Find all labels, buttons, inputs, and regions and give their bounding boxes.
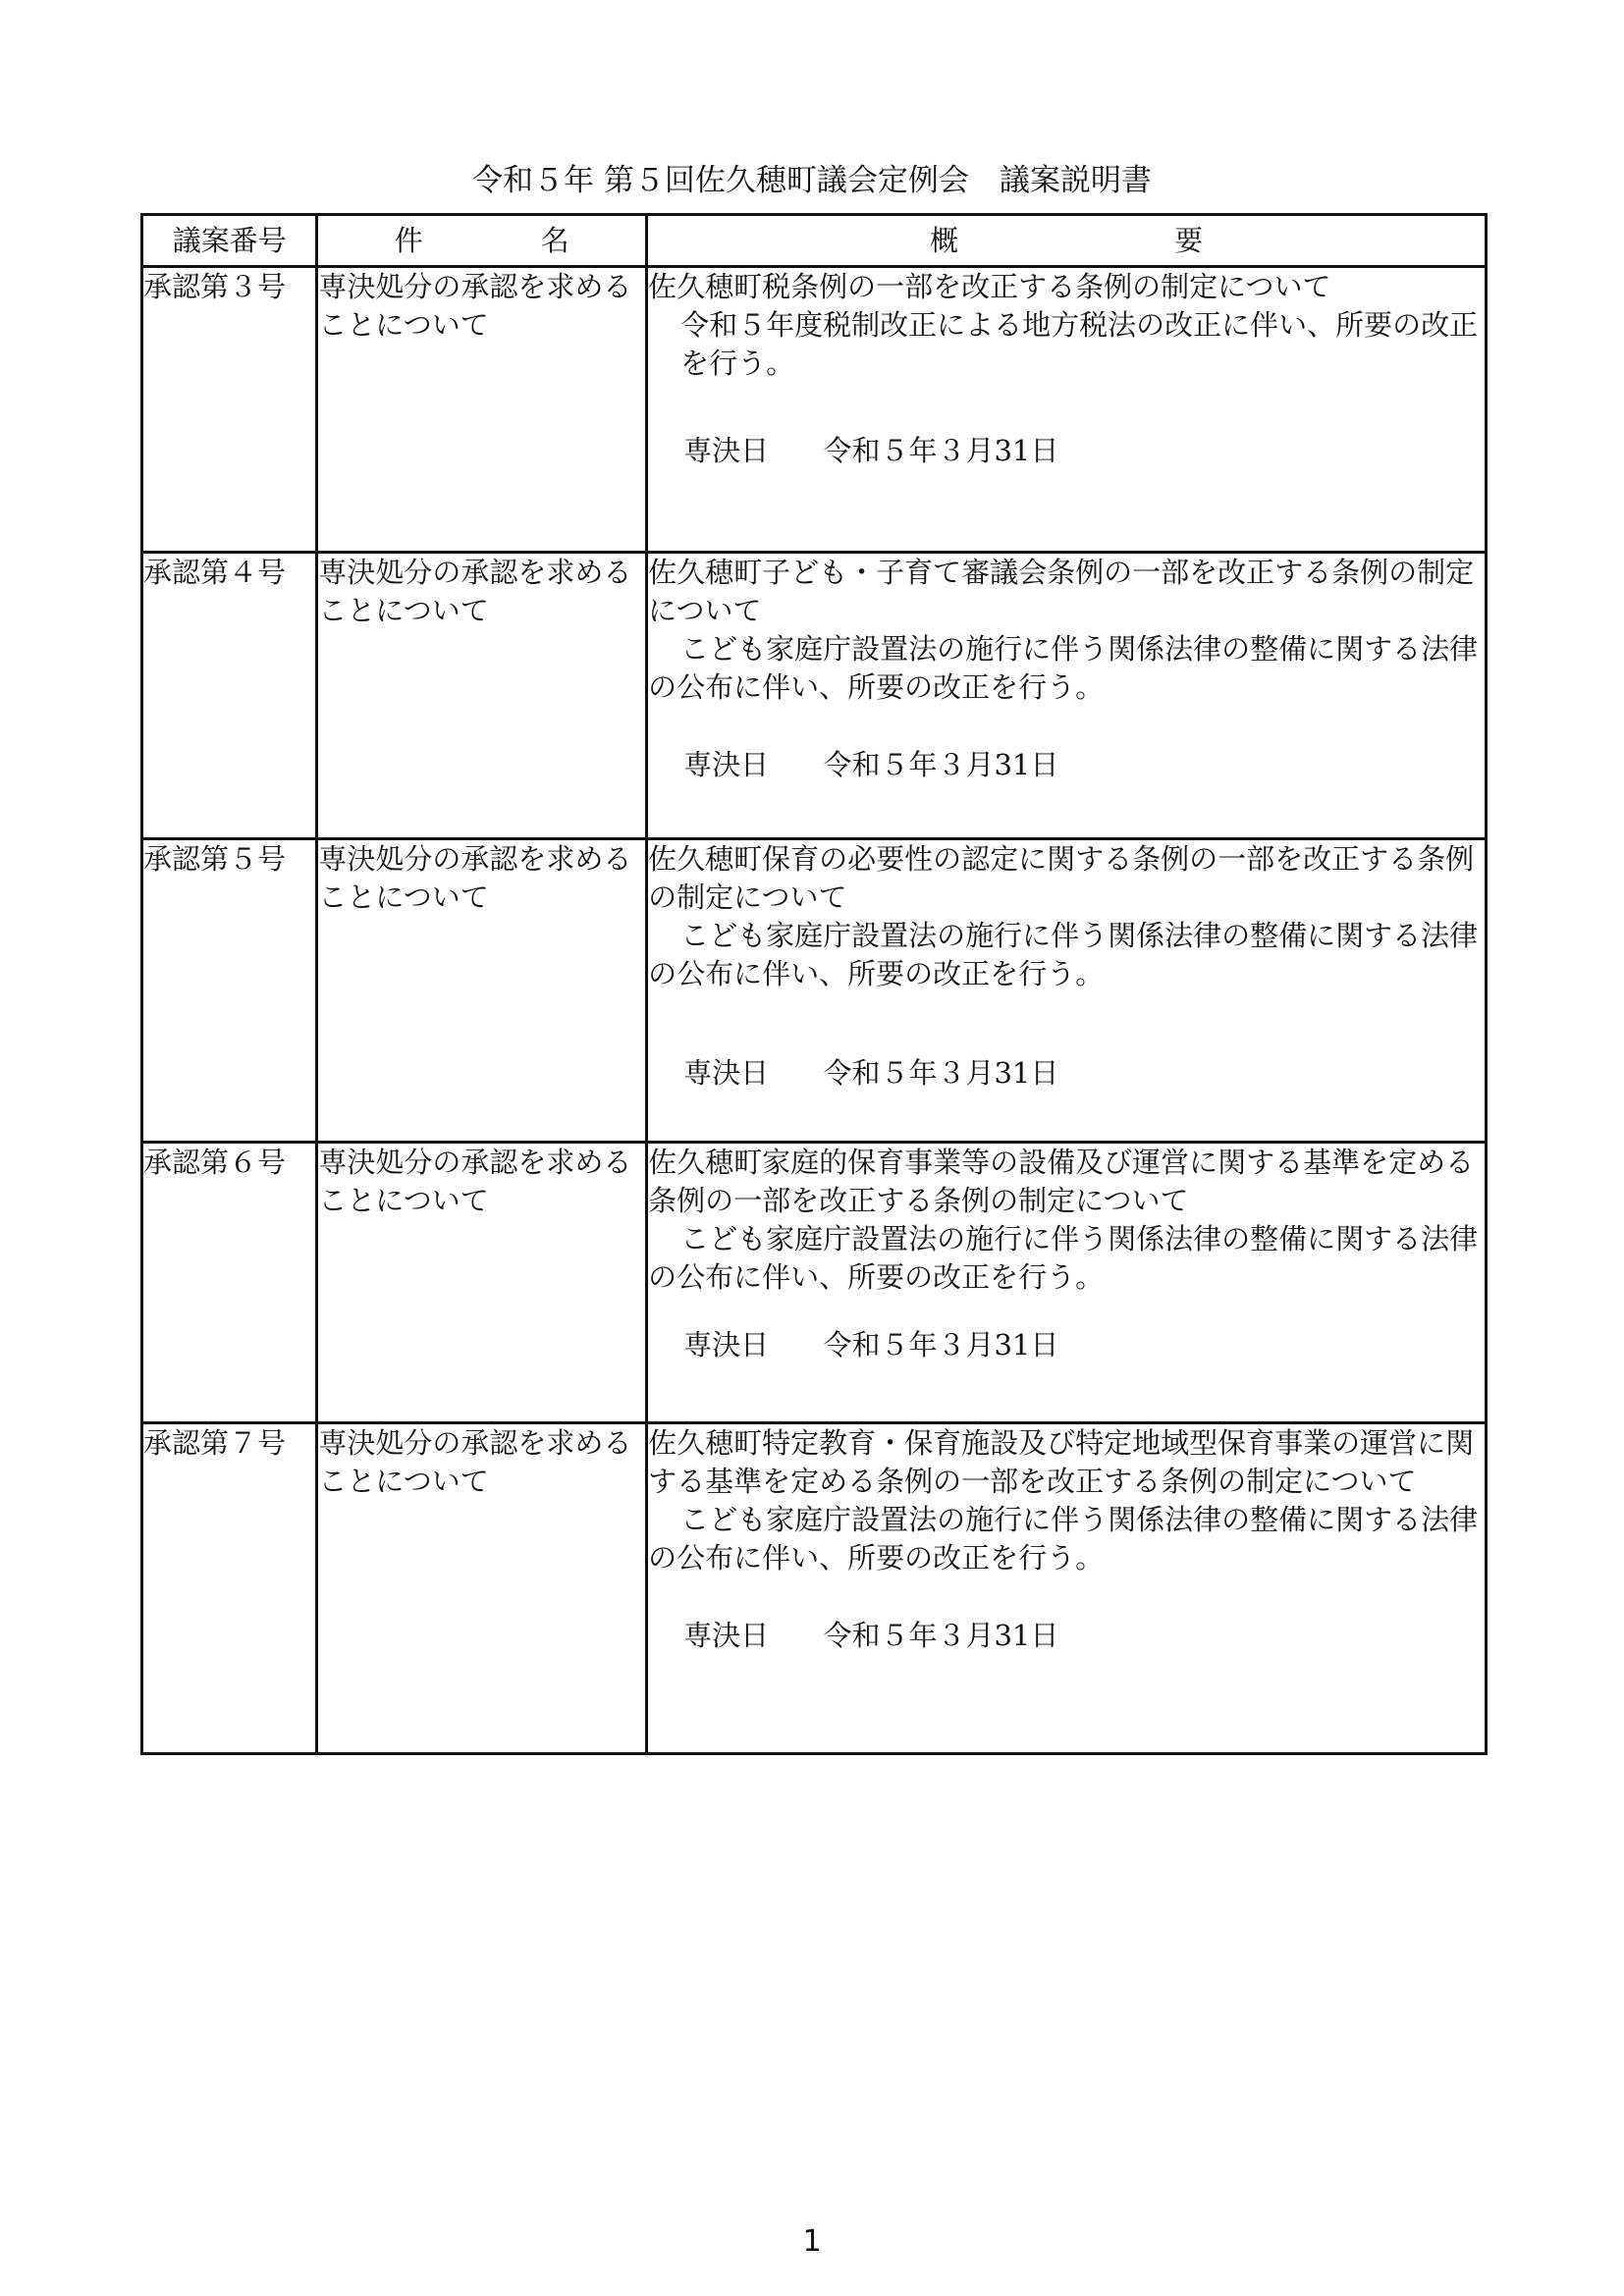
summary-title: 佐久穂町税条例の一部を改正する条例の制定について (648, 268, 1485, 306)
decision-date: 令和５年３月31日 (823, 1619, 1058, 1652)
agenda-table: 議案番号 件 名 概 要 承認第３号 専決処分の承認を求めることについて 佐久穂… (140, 213, 1488, 1755)
table-row: 承認第５号 専決処分の承認を求めることについて 佐久穂町保育の必要性の認定に関す… (142, 839, 1487, 1143)
bill-summary: 佐久穂町保育の必要性の認定に関する条例の一部を改正する条例の制定について こども… (647, 839, 1487, 1143)
decision-date: 令和５年３月31日 (823, 748, 1058, 781)
summary-title: 佐久穂町特定教育・保育施設及び特定地域型保育事業の運営に関する基準を定める条例の… (648, 1424, 1485, 1501)
bill-number: 承認第６号 (142, 1143, 317, 1423)
decision-label: 専決日 (683, 1328, 769, 1362)
bill-subject: 専決処分の承認を求めることについて (317, 267, 647, 553)
decision-date-line: 専決日 令和５年３月31日 (648, 746, 1485, 784)
header-summary-char-1: 概 (930, 222, 958, 260)
header-bill-number: 議案番号 (142, 215, 317, 267)
header-bill-number-label: 議案番号 (173, 224, 287, 257)
decision-date-line: 専決日 令和５年３月31日 (648, 1617, 1485, 1655)
header-subject-char-2: 名 (541, 222, 569, 260)
decision-date: 令和５年３月31日 (823, 434, 1058, 467)
bill-summary: 佐久穂町子ども・子育て審議会条例の一部を改正する条例の制定について こども家庭庁… (647, 553, 1487, 839)
bill-number: 承認第７号 (142, 1423, 317, 1754)
header-summary: 概 要 (647, 215, 1487, 267)
bill-subject: 専決処分の承認を求めることについて (317, 1143, 647, 1423)
bill-number: 承認第５号 (142, 839, 317, 1143)
bill-subject: 専決処分の承認を求めることについて (317, 553, 647, 839)
decision-date-line: 専決日 令和５年３月31日 (648, 1054, 1485, 1093)
decision-date-line: 専決日 令和５年３月31日 (648, 432, 1485, 470)
decision-date-line: 専決日 令和５年３月31日 (648, 1326, 1485, 1364)
summary-body: こども家庭庁設置法の施行に伴う関係法律の整備に関する法律の公布に伴い、所要の改正… (648, 917, 1485, 993)
summary-body-text: 令和５年度税制改正による地方税法の改正に伴い、所要の改正を行う。 (680, 308, 1478, 380)
header-summary-char-2: 要 (1174, 222, 1203, 260)
bill-number: 承認第４号 (142, 553, 317, 839)
header-subject: 件 名 (317, 215, 647, 267)
decision-date: 令和５年３月31日 (823, 1056, 1058, 1090)
table-row: 承認第７号 専決処分の承認を求めることについて 佐久穂町特定教育・保育施設及び特… (142, 1423, 1487, 1754)
bill-subject: 専決処分の承認を求めることについて (317, 839, 647, 1143)
bill-summary: 佐久穂町税条例の一部を改正する条例の制定について 令和５年度税制改正による地方税… (647, 267, 1487, 553)
table-row: 承認第３号 専決処分の承認を求めることについて 佐久穂町税条例の一部を改正する条… (142, 267, 1487, 553)
table-row: 承認第６号 専決処分の承認を求めることについて 佐久穂町家庭的保育事業等の設備及… (142, 1143, 1487, 1423)
summary-title: 佐久穂町家庭的保育事業等の設備及び運営に関する基準を定める条例の一部を改正する条… (648, 1144, 1485, 1220)
summary-body: 令和５年度税制改正による地方税法の改正に伴い、所要の改正を行う。 (648, 306, 1485, 383)
decision-label: 専決日 (683, 434, 769, 467)
decision-label: 専決日 (683, 748, 769, 781)
summary-title: 佐久穂町保育の必要性の認定に関する条例の一部を改正する条例の制定について (648, 840, 1485, 917)
bill-summary: 佐久穂町家庭的保育事業等の設備及び運営に関する基準を定める条例の一部を改正する条… (647, 1143, 1487, 1423)
summary-body: こども家庭庁設置法の施行に伴う関係法律の整備に関する法律の公布に伴い、所要の改正… (648, 1220, 1485, 1297)
decision-date: 令和５年３月31日 (823, 1328, 1058, 1362)
bill-subject: 専決処分の承認を求めることについて (317, 1423, 647, 1754)
bill-summary: 佐久穂町特定教育・保育施設及び特定地域型保育事業の運営に関する基準を定める条例の… (647, 1423, 1487, 1754)
bill-number: 承認第３号 (142, 267, 317, 553)
summary-body: こども家庭庁設置法の施行に伴う関係法律の整備に関する法律の公布に伴い、所要の改正… (648, 630, 1485, 707)
decision-label: 専決日 (683, 1619, 769, 1652)
document-title: 令和５年 第５回佐久穂町議会定例会 議案説明書 (0, 155, 1624, 199)
header-subject-char-1: 件 (395, 222, 423, 260)
table-header-row: 議案番号 件 名 概 要 (142, 215, 1487, 267)
summary-title: 佐久穂町子ども・子育て審議会条例の一部を改正する条例の制定について (648, 554, 1485, 630)
page-number: 1 (0, 2224, 1624, 2259)
summary-body: こども家庭庁設置法の施行に伴う関係法律の整備に関する法律の公布に伴い、所要の改正… (648, 1501, 1485, 1577)
decision-label: 専決日 (683, 1056, 769, 1090)
table-row: 承認第４号 専決処分の承認を求めることについて 佐久穂町子ども・子育て審議会条例… (142, 553, 1487, 839)
